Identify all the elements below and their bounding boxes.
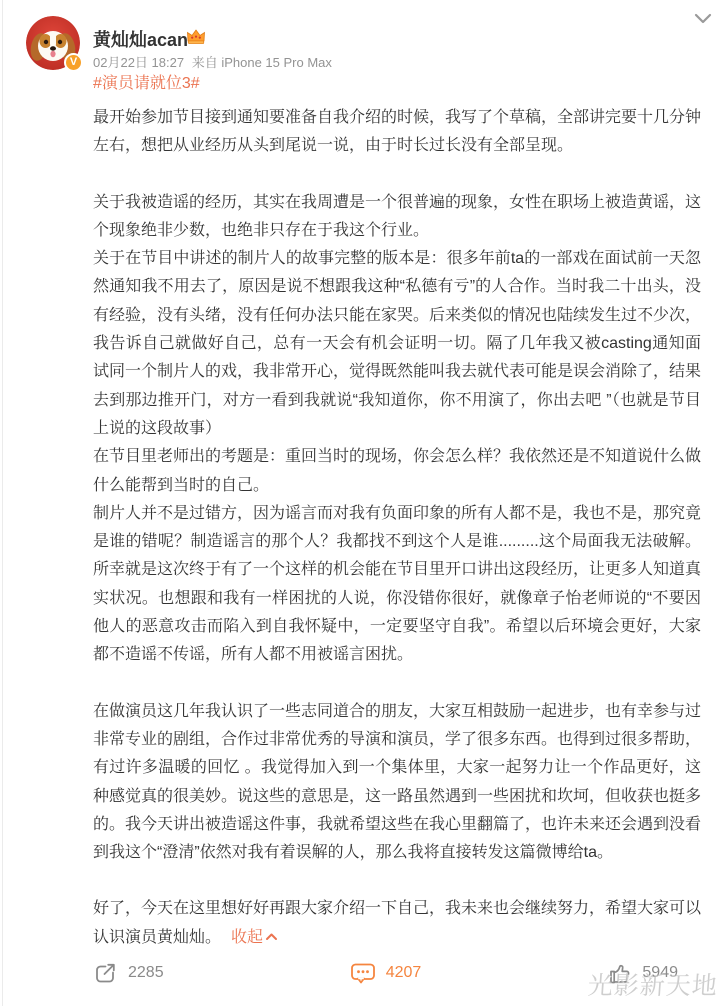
action-bar: 2285 4207 5949 xyxy=(93,957,700,989)
post-paragraph: 制片人并不是过错方，因为谣言而对我有负面印象的所有人都不是，我也不是，那究竟是谁… xyxy=(93,500,701,670)
post-source: 来自 iPhone 15 Pro Max xyxy=(192,55,332,70)
repost-count: 2285 xyxy=(128,964,164,982)
vip-crown-icon xyxy=(186,28,206,45)
username[interactable]: 黄灿灿acan xyxy=(93,26,188,52)
repost-button[interactable]: 2285 xyxy=(93,961,164,986)
post-paragraph-text: 好了，今天在这里想好好再跟大家介绍一下自己，我未来也会继续努力，希望大家可以认识… xyxy=(93,900,701,945)
collapse-label: 收起 xyxy=(231,929,263,946)
chevron-up-icon xyxy=(265,932,278,941)
post-paragraph: 在做演员这几年我认识了一些志同道合的朋友，大家互相鼓励一起进步，也有幸参与过非常… xyxy=(93,698,701,868)
thumbs-up-icon xyxy=(607,961,632,986)
post-paragraph: 最开始参加节目接到通知要准备自我介绍的时候，我写了个草稿，全部讲完要十几分钟左右… xyxy=(93,104,701,161)
post-content: #演员请就位3# 最开始参加节目接到通知要准备自我介绍的时候，我写了个草稿，全部… xyxy=(93,72,701,952)
comment-icon xyxy=(350,961,376,986)
post-paragraph: 关于在节目中讲述的制片人的故事完整的版本是：很多年前ta的一部戏在面试前一天忽然… xyxy=(93,245,701,443)
timestamp: 02月22日 18:27 xyxy=(93,55,184,70)
avatar[interactable]: V xyxy=(26,16,80,70)
verified-badge: V xyxy=(64,53,83,72)
post-paragraph: 在节目里老师出的考题是：重回当时的现场，你会怎么样？我依然还是不知道说什么做什么… xyxy=(93,443,701,500)
post-text: 最开始参加节目接到通知要准备自我介绍的时候，我写了个草稿，全部讲完要十几分钟左右… xyxy=(93,104,701,952)
comment-count: 4207 xyxy=(386,964,422,982)
collapse-link[interactable]: 收起 xyxy=(231,929,278,946)
left-border-line xyxy=(2,0,3,1006)
comment-button[interactable]: 4207 xyxy=(350,961,422,986)
chevron-down-icon[interactable] xyxy=(693,12,713,26)
post-meta: 02月22日 18:27 来自 iPhone 15 Pro Max xyxy=(93,52,336,71)
weibo-post-card: V 黄灿灿acan 02月22日 18:27 来自 iPhone 15 Pro … xyxy=(0,0,720,1006)
like-count: 5949 xyxy=(642,964,678,982)
hashtag-link[interactable]: #演员请就位3# xyxy=(93,72,200,96)
repost-icon xyxy=(93,961,118,986)
like-button[interactable]: 5949 xyxy=(607,961,678,986)
post-paragraph: 关于我被造谣的经历，其实在我周遭是一个很普遍的现象，女性在职场上被造黄谣，这个现… xyxy=(93,189,701,246)
post-paragraph: 好了，今天在这里想好好再跟大家介绍一下自己，我未来也会继续努力，希望大家可以认识… xyxy=(93,895,701,952)
